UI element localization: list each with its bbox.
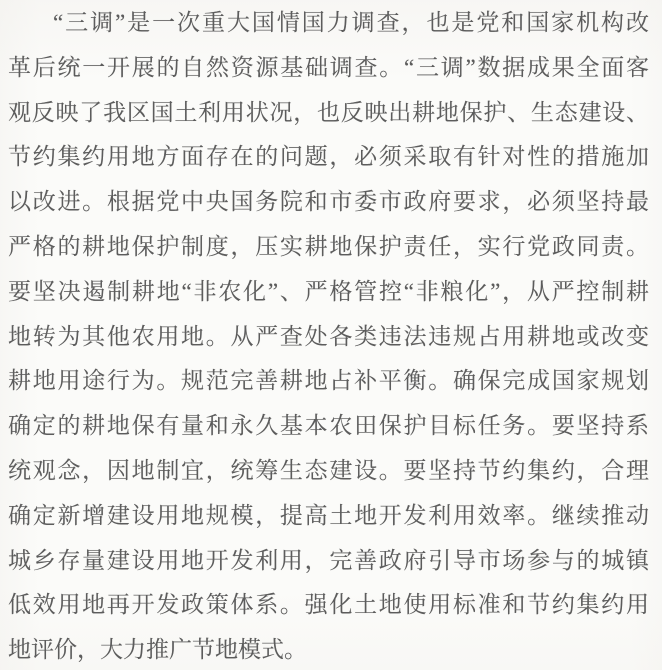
text-line-13: 城乡存量建设用地开发利用，完善政府引导市场参与的城镇 <box>8 539 649 584</box>
text-line-4: 节约集约用地方面存在的问题，必须采取有针对性的措施加 <box>8 135 649 180</box>
text-line-15: 地评价，大力推广节地模式。 <box>8 628 649 670</box>
text-line-6: 严格的耕地保护制度，压实耕地保护责任，实行党政同责。 <box>8 225 649 270</box>
text-line-2: 革后统一开展的自然资源基础调查。“三调”数据成果全面客 <box>8 46 649 91</box>
body-paragraph: “三调”是一次重大国情国力调查，也是党和国家机构改 革后统一开展的自然资源基础调… <box>8 1 649 670</box>
text-line-7: 要坚决遏制耕地“非农化”、严格管控“非粮化”，从严控制耕 <box>8 270 649 315</box>
scanned-document-page: “三调”是一次重大国情国力调查，也是党和国家机构改 革后统一开展的自然资源基础调… <box>0 0 662 670</box>
text-line-11: 统观念，因地制宜，统筹生态建设。要坚持节约集约，合理 <box>8 449 649 494</box>
text-line-14: 低效用地再开发政策体系。强化土地使用标准和节约集约用 <box>8 583 649 628</box>
text-line-9: 耕地用途行为。规范完善耕地占补平衡。确保完成国家规划 <box>8 359 649 404</box>
text-line-3: 观反映了我区国土利用状况，也反映出耕地保护、生态建设、 <box>8 91 649 136</box>
text-line-1: “三调”是一次重大国情国力调查，也是党和国家机构改 <box>8 1 649 46</box>
text-line-10: 确定的耕地保有量和永久基本农田保护目标任务。要坚持系 <box>8 404 649 449</box>
text-line-5: 以改进。根据党中央国务院和市委市政府要求，必须坚持最 <box>8 180 649 225</box>
text-line-12: 确定新增建设用地规模，提高土地开发利用效率。继续推动 <box>8 494 649 539</box>
text-line-8: 地转为其他农用地。从严查处各类违法违规占用耕地或改变 <box>8 315 649 360</box>
